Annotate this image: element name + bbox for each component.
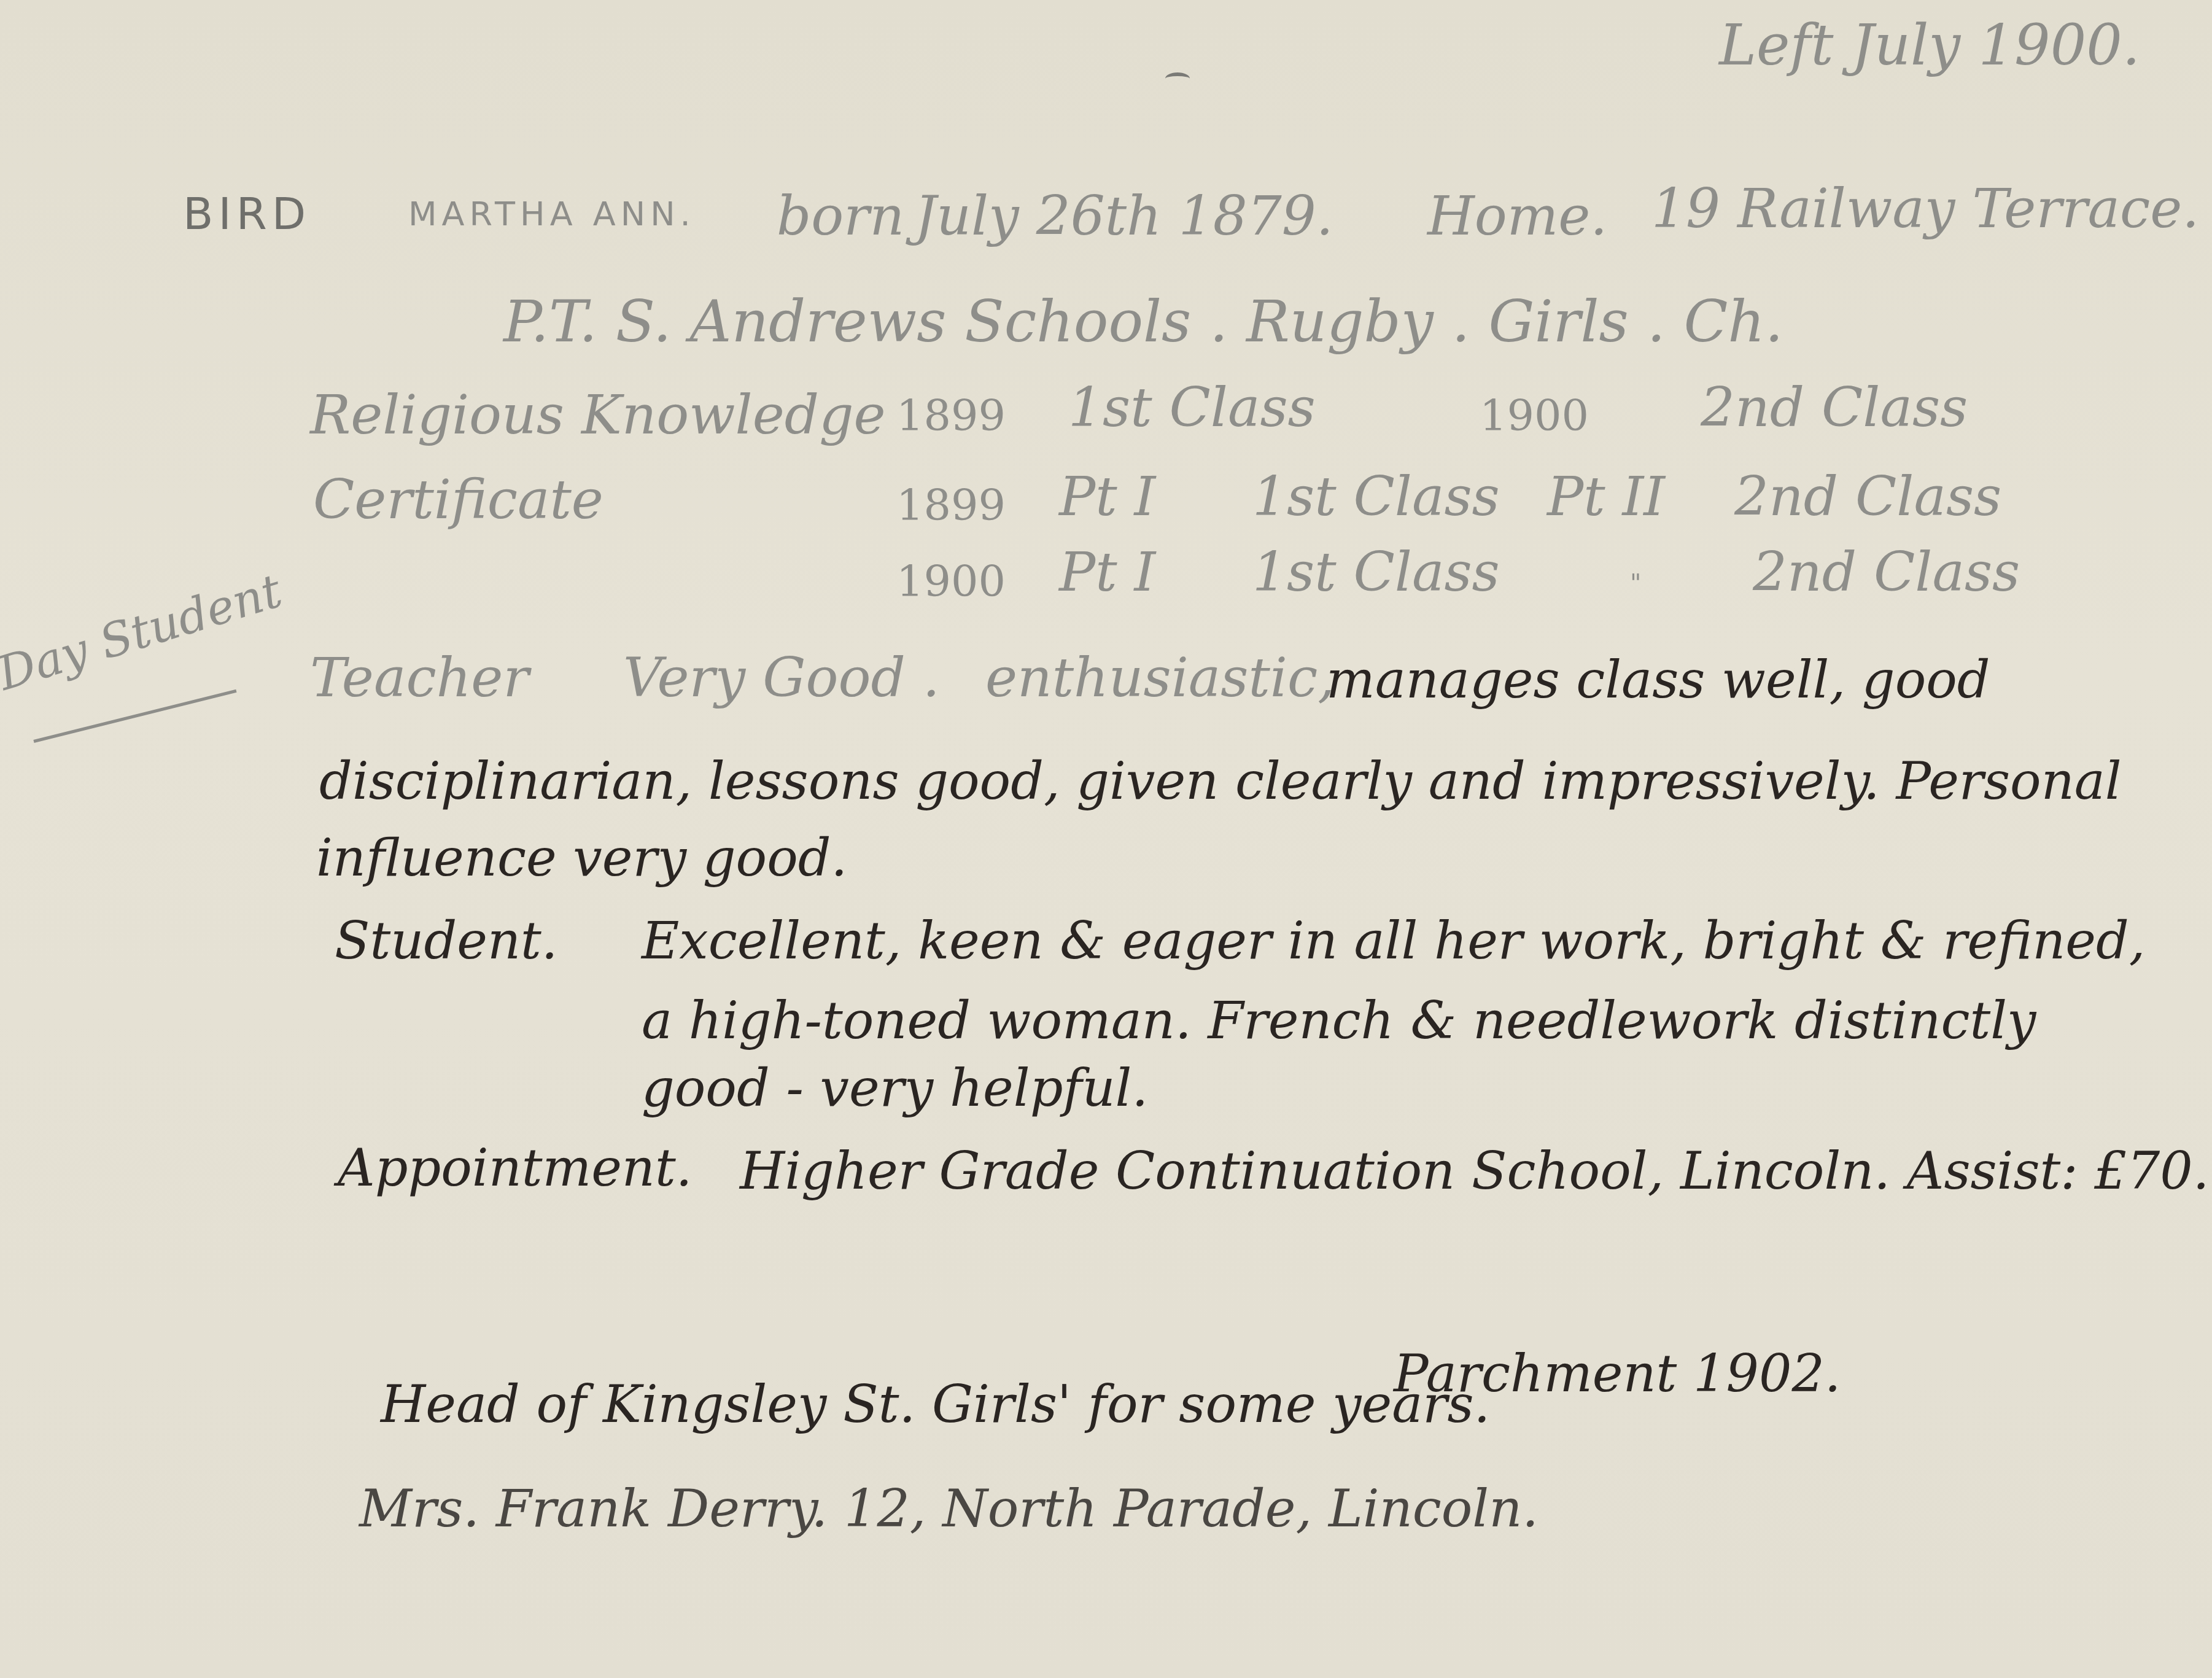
cert-row-2-class1: 1st Class [1252, 545, 1500, 599]
student-line-3: good - very helpful. [642, 1062, 1148, 1114]
cert-row-2-year: 1900 [896, 560, 1006, 603]
rk-class-2: 2nd Class [1701, 381, 1968, 435]
student-line-1: Excellent, keen & eager in all her work,… [642, 915, 2145, 966]
teacher-ink-line-3: influence very good. [316, 832, 847, 884]
born-date: July 26th 1879. [915, 189, 1333, 243]
cert-row-1-class2: 2nd Class [1734, 470, 2001, 524]
religious-knowledge-label: Religious Knowledge [310, 388, 886, 442]
school-line: P.T. S. Andrews Schools . Rugby . Girls … [503, 293, 1783, 351]
record-page: Left July 1900. BIRD MARTHA ANN. born Ju… [0, 0, 2212, 1678]
rk-year-2: 1900 [1480, 394, 1589, 437]
born-label: born [777, 189, 904, 243]
cert-row-1-part1: Pt I [1059, 470, 1155, 524]
forenames: MARTHA ANN. [408, 198, 696, 231]
cert-row-1-part2: Pt II [1547, 470, 1665, 524]
teacher-pencil-rest: enthusiastic, [985, 651, 1335, 705]
cert-row-2-ditto: " [1630, 571, 1641, 596]
rk-class-1: 1st Class [1068, 381, 1316, 435]
teacher-ink-line-2: disciplinarian, lessons good, given clea… [319, 755, 2122, 807]
ink-mark [1165, 72, 1190, 85]
home-label: Home. [1427, 189, 1607, 243]
certificate-label: Certificate [313, 473, 603, 527]
head-of-school-note: Head of Kingsley St. Girls' for some yea… [381, 1378, 1490, 1430]
appointment-label: Appointment. [338, 1142, 692, 1194]
teacher-ink-line-1: manages class well, good [1326, 654, 1990, 705]
cert-row-1-class1: 1st Class [1252, 470, 1500, 524]
surname: BIRD [183, 192, 311, 236]
margin-note-underline [33, 689, 236, 743]
parchment-note: Parchment 1902. [1394, 1348, 1841, 1399]
teacher-label: Teacher [310, 651, 529, 705]
cert-row-2-class2: 2nd Class [1753, 545, 2020, 599]
cert-row-1-year: 1899 [896, 484, 1006, 527]
student-line-2: a high-toned woman. French & needlework … [642, 995, 2036, 1046]
cert-row-2-part1: Pt I [1059, 545, 1155, 599]
left-date-note: Left July 1900. [1719, 17, 2140, 74]
margin-note-day-student: Day Student [0, 567, 287, 697]
appointment-text: Higher Grade Continuation School, Lincol… [740, 1145, 2209, 1197]
teacher-grade: Very Good . [623, 651, 940, 705]
rk-year-1: 1899 [896, 394, 1006, 437]
student-label: Student. [335, 915, 557, 966]
home-address: 19 Railway Terrace. Rugby [1651, 182, 2212, 236]
married-name-address: Mrs. Frank Derry. 12, North Parade, Linc… [359, 1483, 1539, 1534]
